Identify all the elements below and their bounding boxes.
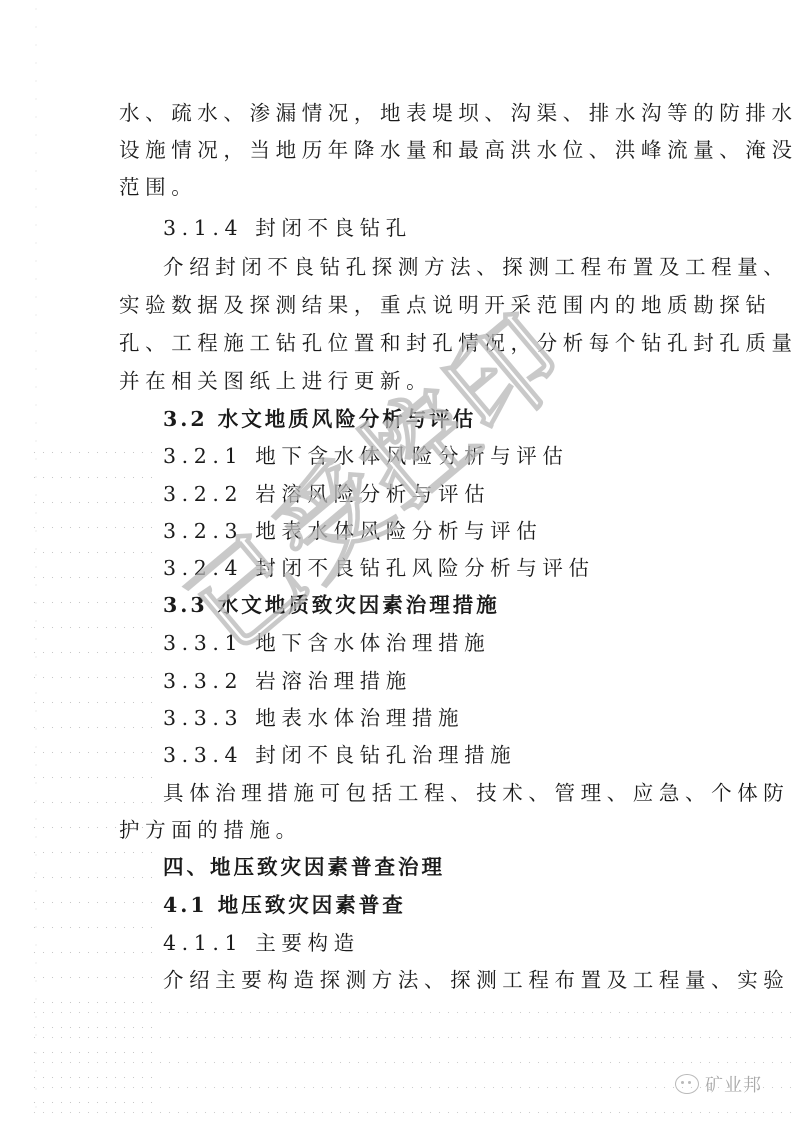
toc-item: 3.2.3 地表水体风险分析与评估 [163,517,542,545]
paragraph-line: 介绍主要构造探测方法、探测工程布置及工程量、实验 [163,966,789,994]
paragraph-line: 并在相关图纸上进行更新。 [119,367,432,395]
logo-text: 矿业邦 [705,1071,762,1097]
section-heading-4-1: 4.1 地压致灾因素普查 [163,891,406,919]
toc-item: 3.3.2 岩溶治理措施 [163,667,412,695]
section-heading-3-2: 3.2 水文地质风险分析与评估 [163,405,476,433]
scan-artifact-dots-bottom [30,1000,793,1122]
section-heading-3-1-4: 3.1.4 封闭不良钻孔 [163,214,412,242]
toc-item: 3.2.1 地下含水体风险分析与评估 [163,442,568,470]
toc-item: 3.2.4 封闭不良钻孔风险分析与评估 [163,554,595,582]
paragraph-line: 水、疏水、渗漏情况，地表堤坝、沟渠、排水沟等的防排水 [119,99,793,127]
paragraph-line: 介绍封闭不良钻孔探测方法、探测工程布置及工程量、 [163,253,789,281]
toc-item: 3.3.1 地下含水体治理措施 [163,629,490,657]
section-heading-4-1-1: 4.1.1 主要构造 [163,929,360,957]
paragraph-line: 护方面的措施。 [119,816,302,844]
section-heading-3-3: 3.3 水文地质致灾因素治理措施 [163,591,500,619]
chapter-heading-4: 四、地压致灾因素普查治理 [163,853,445,881]
wechat-icon [675,1074,699,1094]
toc-item: 3.3.3 地表水体治理措施 [163,704,464,732]
toc-item: 3.3.4 封闭不良钻孔治理措施 [163,741,516,769]
paragraph-line: 孔、工程施工钻孔位置和封孔情况，分析每个钻孔封孔质量， [119,329,793,357]
toc-item: 3.2.2 岩溶风险分析与评估 [163,480,490,508]
paragraph-line: 具体治理措施可包括工程、技术、管理、应急、个体防 [163,779,789,807]
paragraph-line: 范围。 [119,173,197,201]
document-page: 水、疏水、渗漏情况，地表堤坝、沟渠、排水沟等的防排水 设施情况，当地历年降水量和… [0,0,793,1122]
source-logo: 矿业邦 [675,1071,762,1097]
paragraph-line: 设施情况，当地历年降水量和最高洪水位、洪峰流量、淹没 [119,136,793,164]
paragraph-line: 实验数据及探测结果，重点说明开采范围内的地质勘探钻 [119,291,772,319]
